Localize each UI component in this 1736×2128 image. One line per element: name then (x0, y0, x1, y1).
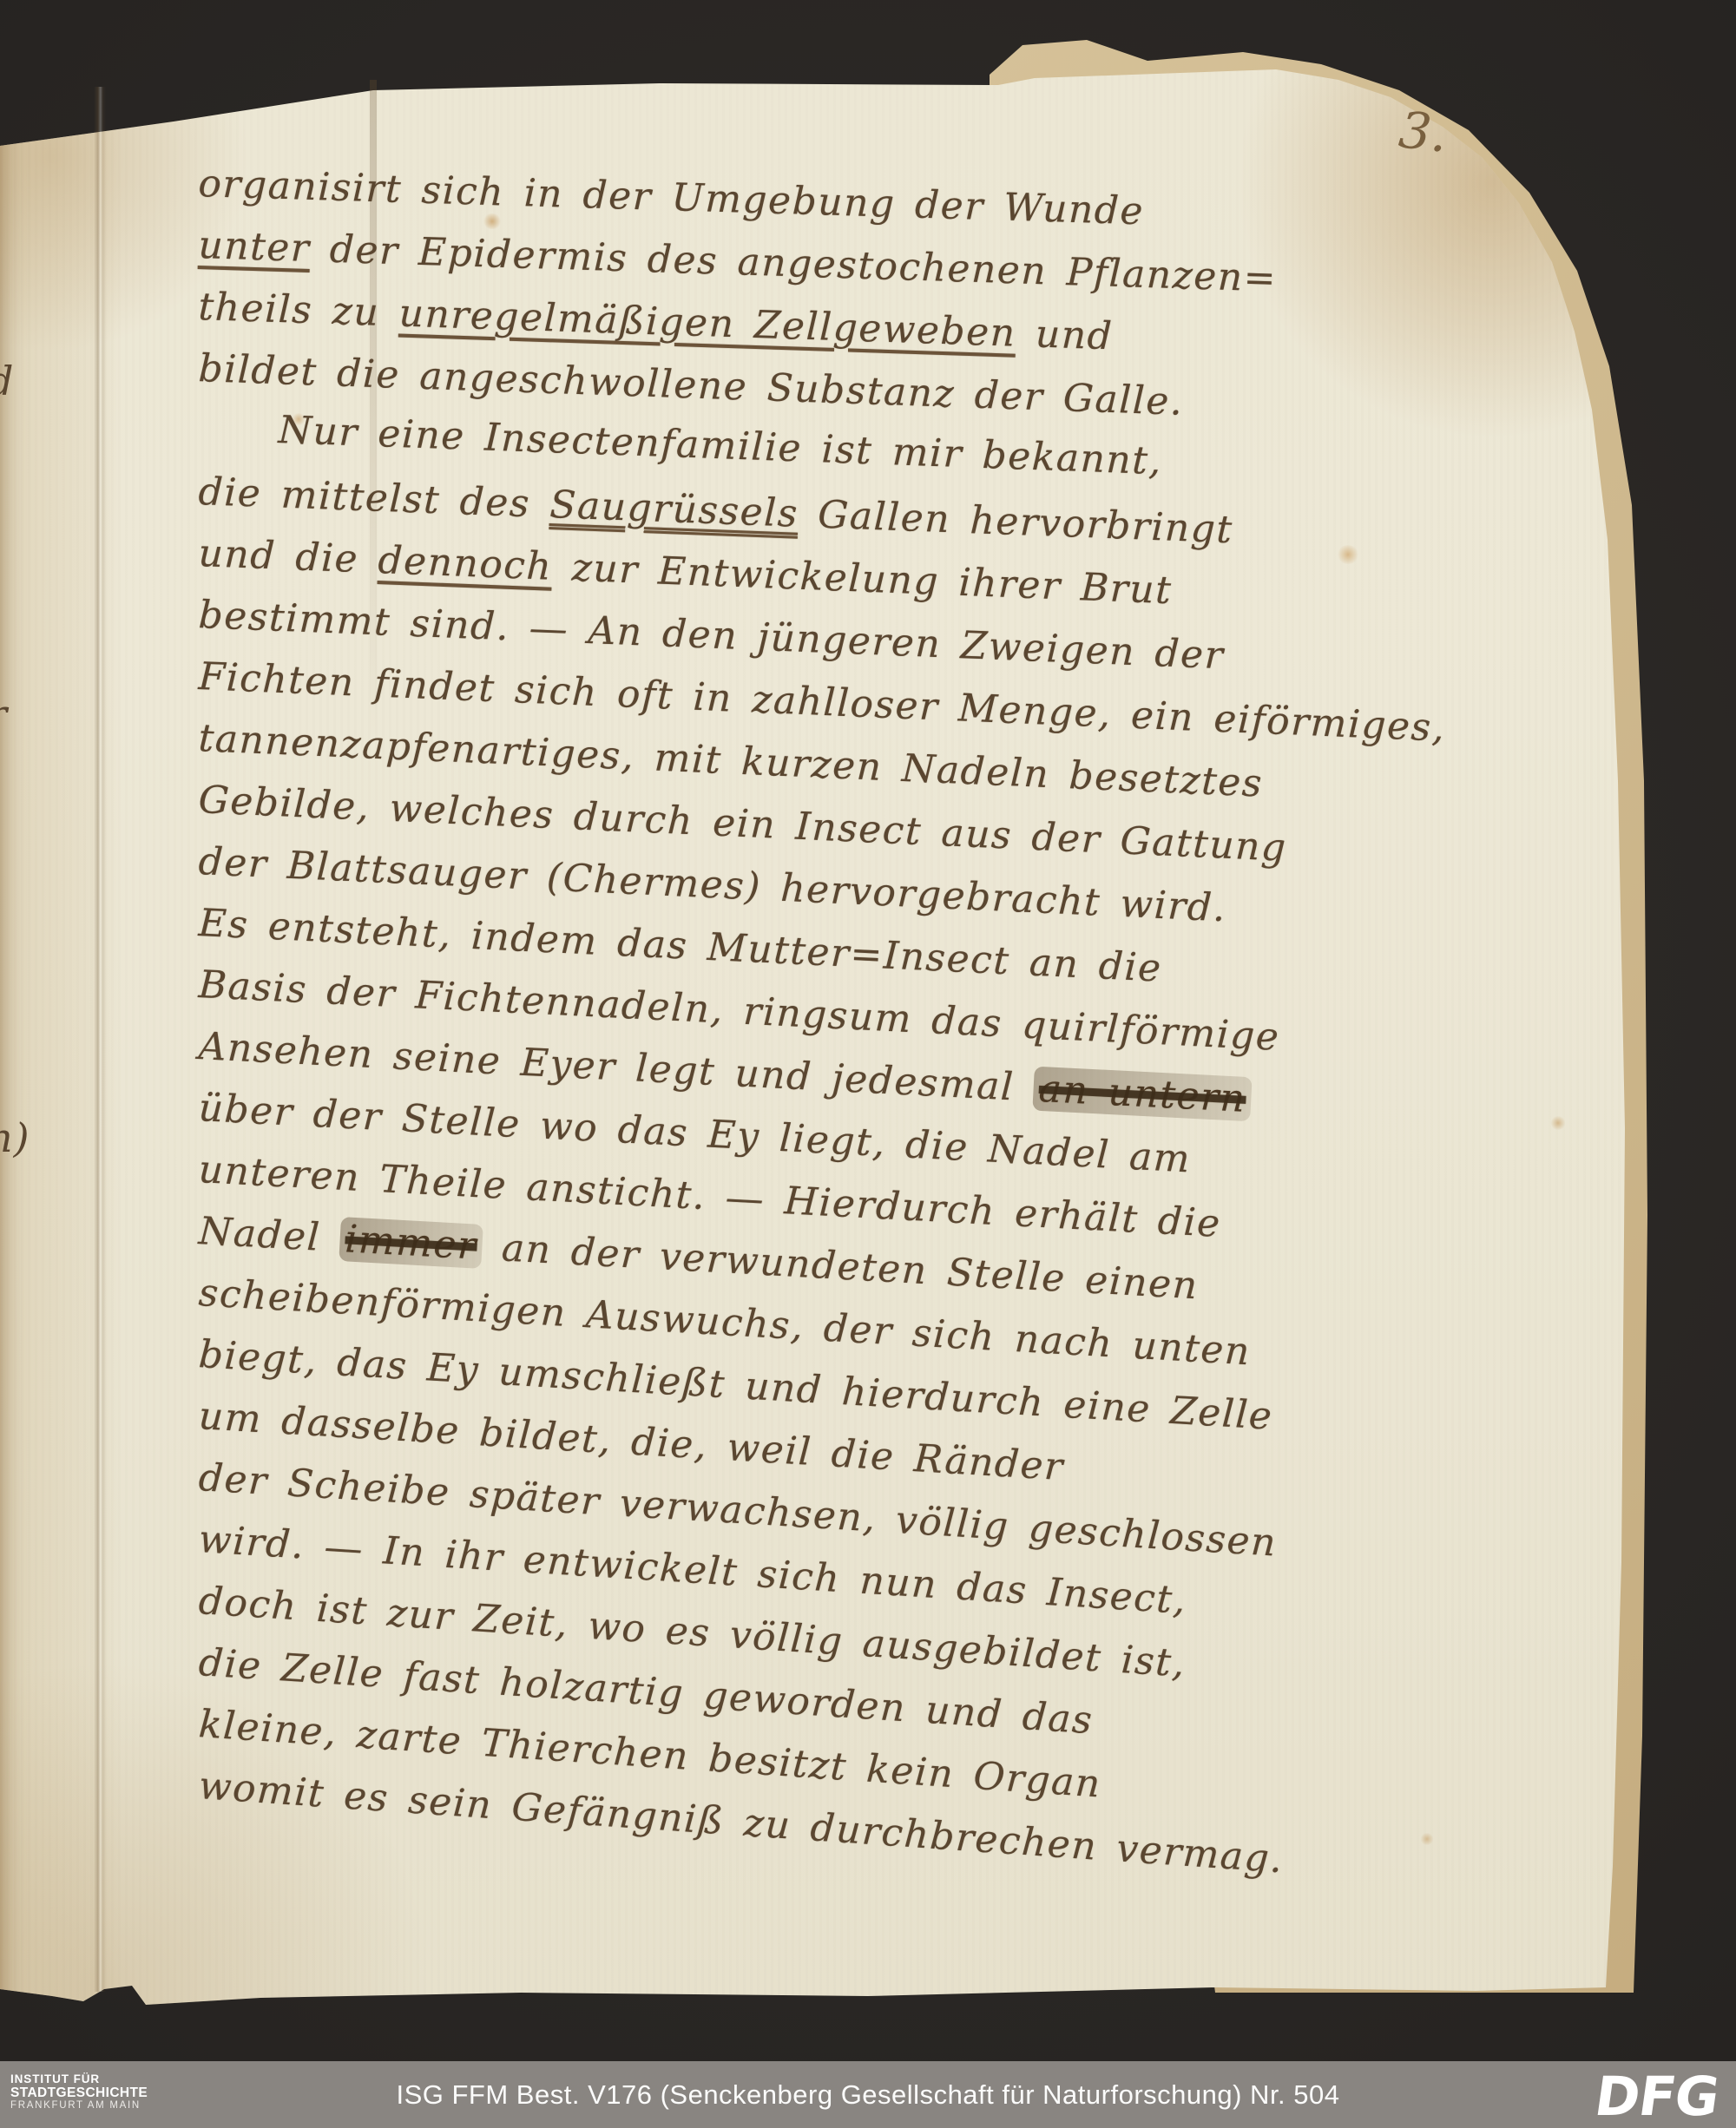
margin-ink-fragment: h) (0, 1114, 30, 1161)
margin-ink-fragment: d (0, 358, 13, 404)
manuscript-text: organisirt sich in der Umgebung der Wund… (198, 161, 1448, 1825)
underlined-word: dennoch (378, 538, 554, 589)
text-segment: die mittelst des (198, 470, 551, 527)
text-segment: und (1016, 312, 1114, 359)
text-segment: theils zu (198, 285, 400, 336)
archive-reference-label: ISG FFM Best. V176 (Senckenberg Gesellsc… (0, 2079, 1736, 2111)
handwritten-page-number: 3. (1397, 100, 1450, 163)
dfg-logo: DFG (1591, 2065, 1723, 2128)
text-segment: Nadel (198, 1209, 342, 1261)
underlined-word: unter (198, 223, 311, 271)
text-segment: und die (198, 531, 379, 582)
scan-background: d r h) 3. organisirt sich in der Umgebun… (0, 0, 1736, 2128)
archive-caption-bar: INSTITUT FÜR STADTGESCHICHTE FRANKFURT A… (0, 2061, 1736, 2128)
underlined-word: Saugrüssels (549, 483, 799, 536)
margin-ink-fragment: r (0, 691, 7, 738)
text-segment: organisirt sich in der Umgebung der Wund… (198, 161, 1145, 233)
struck-out-word: an untern (1033, 1067, 1253, 1122)
struck-out-word: immer (339, 1217, 483, 1269)
